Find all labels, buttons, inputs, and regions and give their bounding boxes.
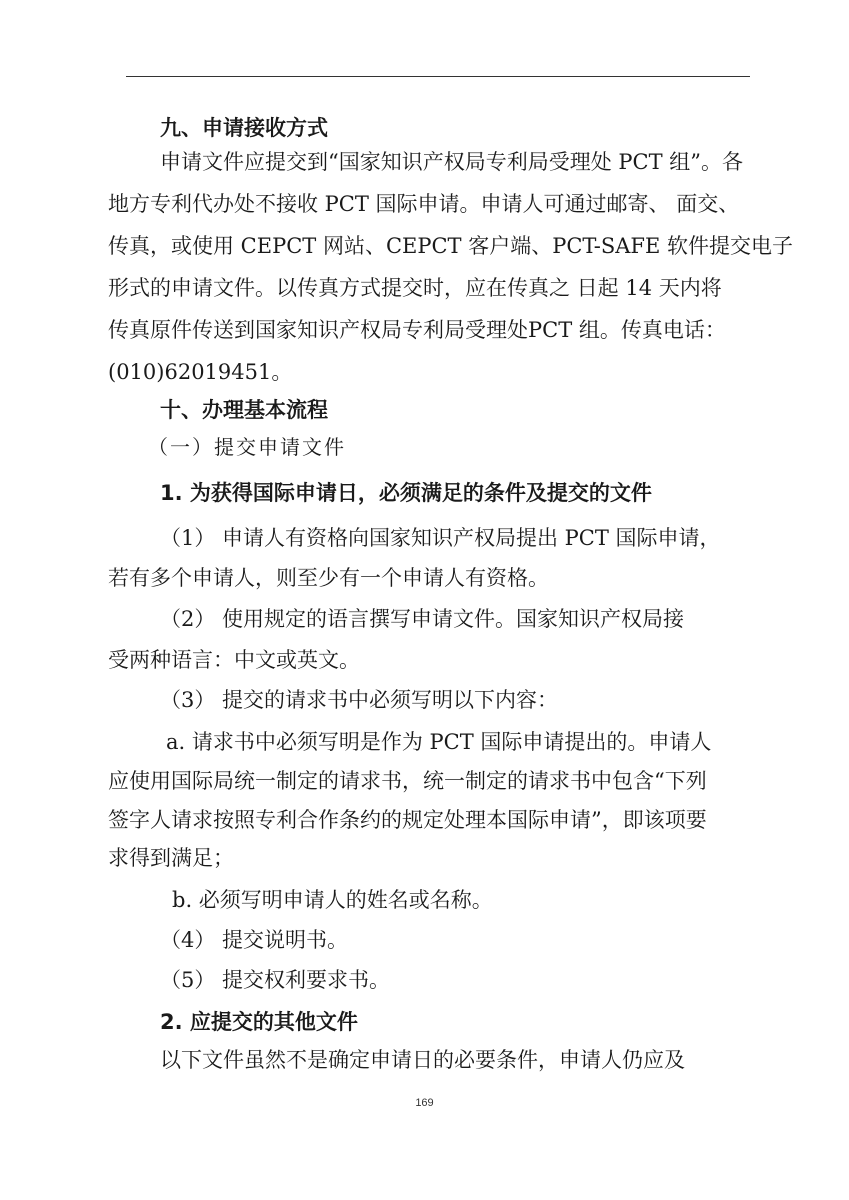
- condition-number: （4）: [160, 926, 222, 954]
- condition-2: （2）使用规定的语言撰写申请文件。国家知识产权局接: [160, 605, 684, 633]
- condition-1: （1）申请人有资格向国家知识产权局提出 PCT 国际申请，: [160, 524, 721, 552]
- condition-number: （5）: [160, 966, 222, 994]
- section-9-heading: 九、申请接收方式: [160, 114, 328, 142]
- paragraph-line: 以下文件虽然不是确定申请日的必要条件，申请人仍应及: [160, 1046, 685, 1074]
- subsection-heading: （一）提交申请文件: [148, 433, 346, 461]
- fax-number: (010)62019451。: [108, 358, 292, 386]
- condition-text: 提交权利要求书。: [222, 968, 390, 992]
- condition-1-cont: 若有多个申请人，则至少有一个申请人有资格。: [108, 564, 549, 592]
- sub-a-line: a. 请求书中必须写明是作为 PCT 国际申请提出的。申请人: [166, 728, 711, 756]
- condition-text: 使用规定的语言撰写申请文件。国家知识产权局接: [222, 607, 684, 631]
- condition-text: 提交说明书。: [222, 928, 348, 952]
- condition-3: （3）提交的请求书中必须写明以下内容：: [160, 686, 558, 714]
- condition-4: （4）提交说明书。: [160, 926, 348, 954]
- condition-2-cont: 受两种语言：中文或英文。: [108, 646, 360, 674]
- paragraph-line: 形式的申请文件。以传真方式提交时，应在传真之 日起 14 天内将: [108, 274, 722, 302]
- condition-number: （3）: [160, 686, 222, 714]
- sub-b-line: b. 必须写明申请人的姓名或名称。: [172, 886, 493, 914]
- sub-a-line: 应使用国际局统一制定的请求书，统一制定的请求书中包含“下列: [108, 767, 707, 795]
- sub-a-line: 签字人请求按照专利合作条约的规定处理本国际申请”，即该项要: [108, 806, 707, 834]
- page-number: 169: [0, 1097, 849, 1109]
- paragraph-line: 传真，或使用 CEPCT 网站、CEPCT 客户端、PCT-SAFE 软件提交电…: [108, 232, 793, 260]
- sub-a-line: 求得到满足；: [108, 844, 234, 872]
- condition-text: 提交的请求书中必须写明以下内容：: [222, 688, 558, 712]
- condition-number: （2）: [160, 605, 222, 633]
- item-1-title: 1. 为获得国际申请日，必须满足的条件及提交的文件: [160, 479, 652, 507]
- section-10-heading: 十、办理基本流程: [160, 396, 328, 424]
- item-2-title: 2. 应提交的其他文件: [160, 1008, 358, 1036]
- header-rule: [126, 76, 750, 77]
- condition-text: 申请人有资格向国家知识产权局提出 PCT 国际申请，: [222, 526, 721, 550]
- paragraph-line: 传真原件传送到国家知识产权局专利局受理处PCT 组。传真电话：: [108, 316, 726, 344]
- condition-number: （1）: [160, 524, 222, 552]
- condition-5: （5）提交权利要求书。: [160, 966, 390, 994]
- paragraph-line: 地方专利代办处不接收 PCT 国际申请。申请人可通过邮寄、 面交、: [108, 190, 739, 218]
- paragraph-line: 申请文件应提交到“国家知识产权局专利局受理处 PCT 组”。各: [160, 148, 743, 176]
